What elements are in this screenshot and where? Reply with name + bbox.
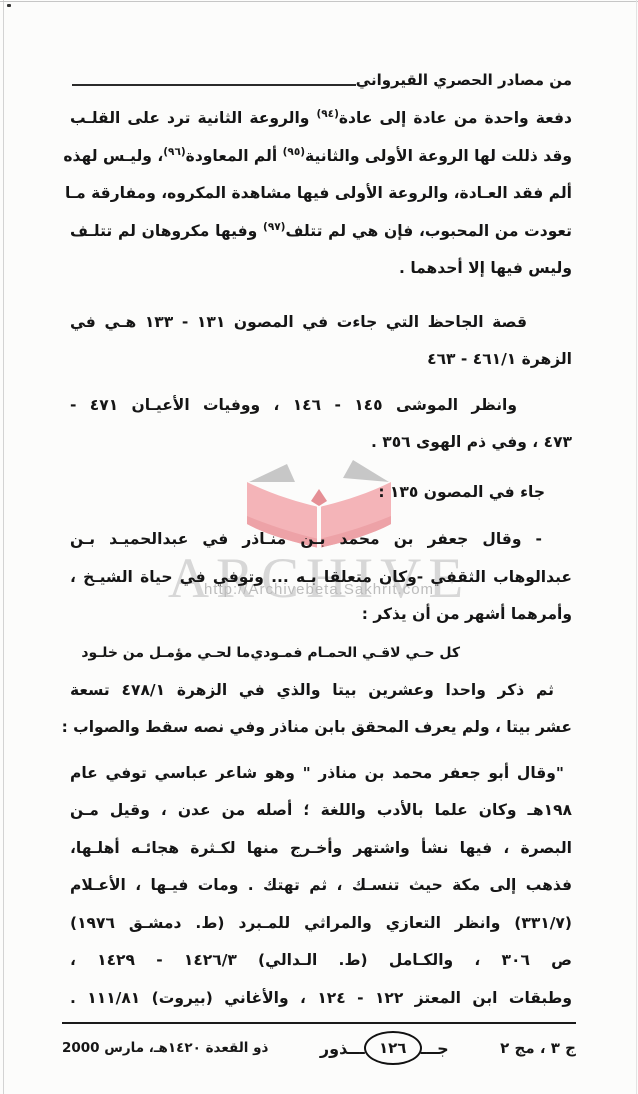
body-paragraph: - وقال جعفر بن محمد بـن منـاذر في عبدالح…: [70, 521, 572, 634]
text-line: وأمرهما أشهر من أن يذكر :: [70, 596, 572, 634]
text-line: ص ٣٠٦ ، والكـامل (ط. الـدالي) ١٤٢٦/٣ - ١…: [70, 942, 572, 980]
text-segment: ، وليـس لهذه: [63, 147, 163, 165]
body-content: دفعة واحدة من عادة إلى عادة(٩٤) والروعة …: [70, 100, 572, 1017]
text-line: جاء في المصون ١٣٥ :: [70, 474, 572, 512]
text-segment: - وقال جعفر بن محمد بـن منـاذر في عبدالح…: [70, 530, 542, 548]
scan-edge-top: [0, 1, 638, 2]
text-segment: (٣٣١/٧) وانظر التعازي والمراثي للمـبرد (…: [70, 914, 572, 932]
text-line: ١٩٨هـ وكان علما بالأدب واللغة ؛ أصله من …: [70, 792, 572, 830]
text-line: البصرة ، فيها نشأ واشتهر وأخـرج منها لكـ…: [70, 830, 572, 868]
text-segment: الزهرة ٤٦١/١ - ٤٦٣: [427, 350, 572, 368]
running-head-title: من مصادر الحصري القيرواني: [356, 70, 572, 90]
text-line: - وقال جعفر بن محمد بـن منـاذر في عبدالح…: [70, 521, 572, 559]
body-paragraph: دفعة واحدة من عادة إلى عادة(٩٤) والروعة …: [70, 100, 572, 288]
body-paragraph: وانظر الموشى ١٤٥ - ١٤٦ ، ووفيات الأعيـان…: [70, 387, 572, 462]
text-segment: والروعة الثانية ترد على القلـب: [70, 109, 316, 127]
text-segment: تعودت من المحبوب، فإن هي لم تتلف: [285, 222, 572, 240]
page-header: من مصادر الحصري القيرواني: [70, 70, 572, 90]
journal-name-with-page-number: جـــ ١٢٦ ـــذور: [320, 1031, 449, 1065]
text-line: الزهرة ٤٦١/١ - ٤٦٣: [70, 341, 572, 379]
text-segment: دفعة واحدة من عادة إلى عادة: [339, 109, 572, 127]
verse-hemistich-left: ما لحـي مؤمـل من خلـود: [81, 638, 250, 668]
text-line: قصة الجاحظ التي جاءت في المصون ١٣١ - ١٣٣…: [70, 304, 572, 342]
text-line: "وقال أبو جعفر محمد بن مناذر " وهو شاعر …: [70, 755, 572, 793]
text-line: وانظر الموشى ١٤٥ - ١٤٦ ، ووفيات الأعيـان…: [70, 387, 572, 425]
text-segment: ص ٣٠٦ ، والكـامل (ط. الـدالي) ١٤٢٦/٣ - ١…: [70, 951, 572, 969]
text-segment: وانظر الموشى ١٤٥ - ١٤٦ ، ووفيات الأعيـان…: [70, 396, 517, 414]
footnote-marker: (٩٤): [316, 108, 338, 120]
body-paragraph: جاء في المصون ١٣٥ :: [70, 474, 572, 512]
text-line: عبدالوهاب الثقفي -وكان متعلقا بـه ... وت…: [70, 559, 572, 597]
text-segment: جاء في المصون ١٣٥ :: [378, 483, 545, 501]
page-number-badge: ١٢٦: [364, 1031, 422, 1065]
text-segment: ألم فقد العـادة، والروعة الأولى فيها مشا…: [65, 184, 572, 202]
body-paragraph: "وقال أبو جعفر محمد بن مناذر " وهو شاعر …: [70, 755, 572, 1018]
text-line: دفعة واحدة من عادة إلى عادة(٩٤) والروعة …: [70, 100, 572, 138]
issue-date-label: ذو القعدة ١٤٢٠هـ، مارس 2000: [62, 1040, 268, 1056]
text-segment: البصرة ، فيها نشأ واشتهر وأخـرج منها لكـ…: [70, 839, 572, 857]
text-segment: فذهب إلى مكة حيث تنسـك ، ثم تهتك . ومات …: [70, 876, 572, 894]
text-line: وقد ذللت لها الروعة الأولى والثانية(٩٥) …: [70, 138, 572, 176]
body-paragraph: ثم ذكر واحدا وعشرين بيتا والذي في الزهرة…: [70, 672, 572, 747]
text-line: وطبقات ابن المعتز ١٢٢ - ١٢٤ ، والأغاني (…: [70, 980, 572, 1018]
verse-hemistich-right: كل حـي لاقـي الحمـام فمـودي: [250, 638, 460, 668]
text-segment: وقد ذللت لها الروعة الأولى والثانية: [305, 147, 572, 165]
journal-word-left-part: ـــذور: [320, 1039, 365, 1058]
text-segment: قصة الجاحظ التي جاءت في المصون ١٣١ - ١٣٣…: [70, 313, 527, 331]
text-segment: وفيها مكروهان لم تتلـف: [70, 222, 263, 240]
text-segment: "وقال أبو جعفر محمد بن مناذر " وهو شاعر …: [70, 764, 564, 782]
header-rule: [72, 84, 356, 86]
body-paragraph: قصة الجاحظ التي جاءت في المصون ١٣١ - ١٣٣…: [70, 304, 572, 379]
text-segment: وليس فيها إلا أحدهما .: [399, 259, 572, 277]
verse-line: كل حـي لاقـي الحمـام فمـوديما لحـي مؤمـل…: [88, 638, 460, 668]
text-line: تعودت من المحبوب، فإن هي لم تتلف(٩٧) وفي…: [70, 213, 572, 251]
text-segment: وأمرهما أشهر من أن يذكر :: [362, 605, 572, 623]
text-segment: عبدالوهاب الثقفي -وكان متعلقا بـه ... وت…: [70, 568, 572, 586]
text-line: عشر بيتا ، ولم يعرف المحقق بابن مناذر وف…: [70, 709, 572, 747]
text-line: ثم ذكر واحدا وعشرين بيتا والذي في الزهرة…: [70, 672, 572, 710]
footer-rule: [62, 1022, 576, 1024]
journal-word-right-part: جـــ: [421, 1039, 449, 1058]
text-segment: ثم ذكر واحدا وعشرين بيتا والذي في الزهرة…: [70, 681, 554, 699]
text-line: ٤٧٣ ، وفي ذم الهوى ٣٥٦ .: [70, 424, 572, 462]
text-line: وليس فيها إلا أحدهما .: [70, 250, 572, 288]
text-segment: عشر بيتا ، ولم يعرف المحقق بابن مناذر وف…: [62, 718, 572, 736]
issue-volume-label: ج ٣ ، مج ٢: [500, 1039, 576, 1057]
footnote-marker: (٩٦): [163, 145, 185, 157]
text-line: (٣٣١/٧) وانظر التعازي والمراثي للمـبرد (…: [70, 905, 572, 943]
footnote-marker: (٩٥): [283, 145, 305, 157]
text-segment: وطبقات ابن المعتز ١٢٢ - ١٢٤ ، والأغاني (…: [70, 989, 572, 1007]
scanned-document-page: من مصادر الحصري القيرواني ARCHIVE: [0, 0, 638, 1094]
text-line: ألم فقد العـادة، والروعة الأولى فيها مشا…: [70, 175, 572, 213]
page-footer: ج ٣ ، مج ٢ جـــ ١٢٦ ـــذور ذو القعدة ١٤٢…: [62, 1031, 576, 1065]
text-line: فذهب إلى مكة حيث تنسـك ، ثم تهتك . ومات …: [70, 867, 572, 905]
scan-artifact-speck: [7, 4, 11, 7]
footnote-marker: (٩٧): [263, 220, 285, 232]
poetry-verse: كل حـي لاقـي الحمـام فمـوديما لحـي مؤمـل…: [70, 638, 572, 668]
text-segment: ١٩٨هـ وكان علما بالأدب واللغة ؛ أصله من …: [70, 801, 572, 819]
text-segment: ألم المعاودة: [186, 147, 283, 165]
text-segment: ٤٧٣ ، وفي ذم الهوى ٣٥٦ .: [371, 433, 572, 451]
